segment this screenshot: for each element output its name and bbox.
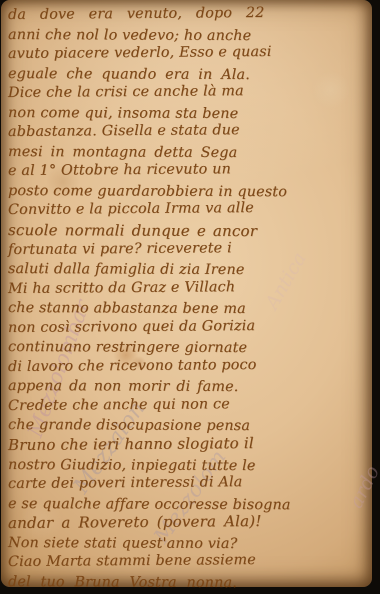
handwritten-line: da dove era venuto, dopo 22 <box>8 3 370 25</box>
postcard-scan: Mezzolombar Antica Mezzalon Mezzolom ard… <box>1 0 372 587</box>
handwritten-line: carte dei poveri interessi di Ala <box>8 472 370 494</box>
handwritten-letter-body: da dove era venuto, dopo 22 anni che nol… <box>8 6 370 592</box>
handwritten-line: fortunata vi pare? riceverete i <box>8 238 370 260</box>
handwritten-line: non così scrivono quei da Gorizia <box>8 316 370 338</box>
handwritten-line: Mi ha scritto da Graz e Villach <box>8 277 370 299</box>
handwritten-line: Convitto e la piccola Irma va alle <box>8 199 370 221</box>
handwritten-line: abbastanza. Gisella e stata due <box>8 120 370 142</box>
handwritten-line: avuto piacere vederlo, Esso e quasi <box>8 42 370 64</box>
handwritten-line: di lavoro che ricevono tanto poco <box>8 355 370 377</box>
handwritten-line: del tuo Bruna Vostra nonna. <box>8 573 370 594</box>
handwritten-line: andar a Rovereto (povera Ala)! <box>8 511 370 533</box>
handwritten-line: Ciao Marta stammi bene assieme <box>8 550 370 572</box>
handwritten-line: Credete che anche qui non ce <box>8 394 370 416</box>
handwritten-line: Dice che la crisi ce anche là ma <box>8 81 370 103</box>
handwritten-line: e al 1° Ottobre ha ricevuto un <box>8 160 370 182</box>
handwritten-line: Bruno che ieri hanno slogiato il <box>8 433 370 455</box>
